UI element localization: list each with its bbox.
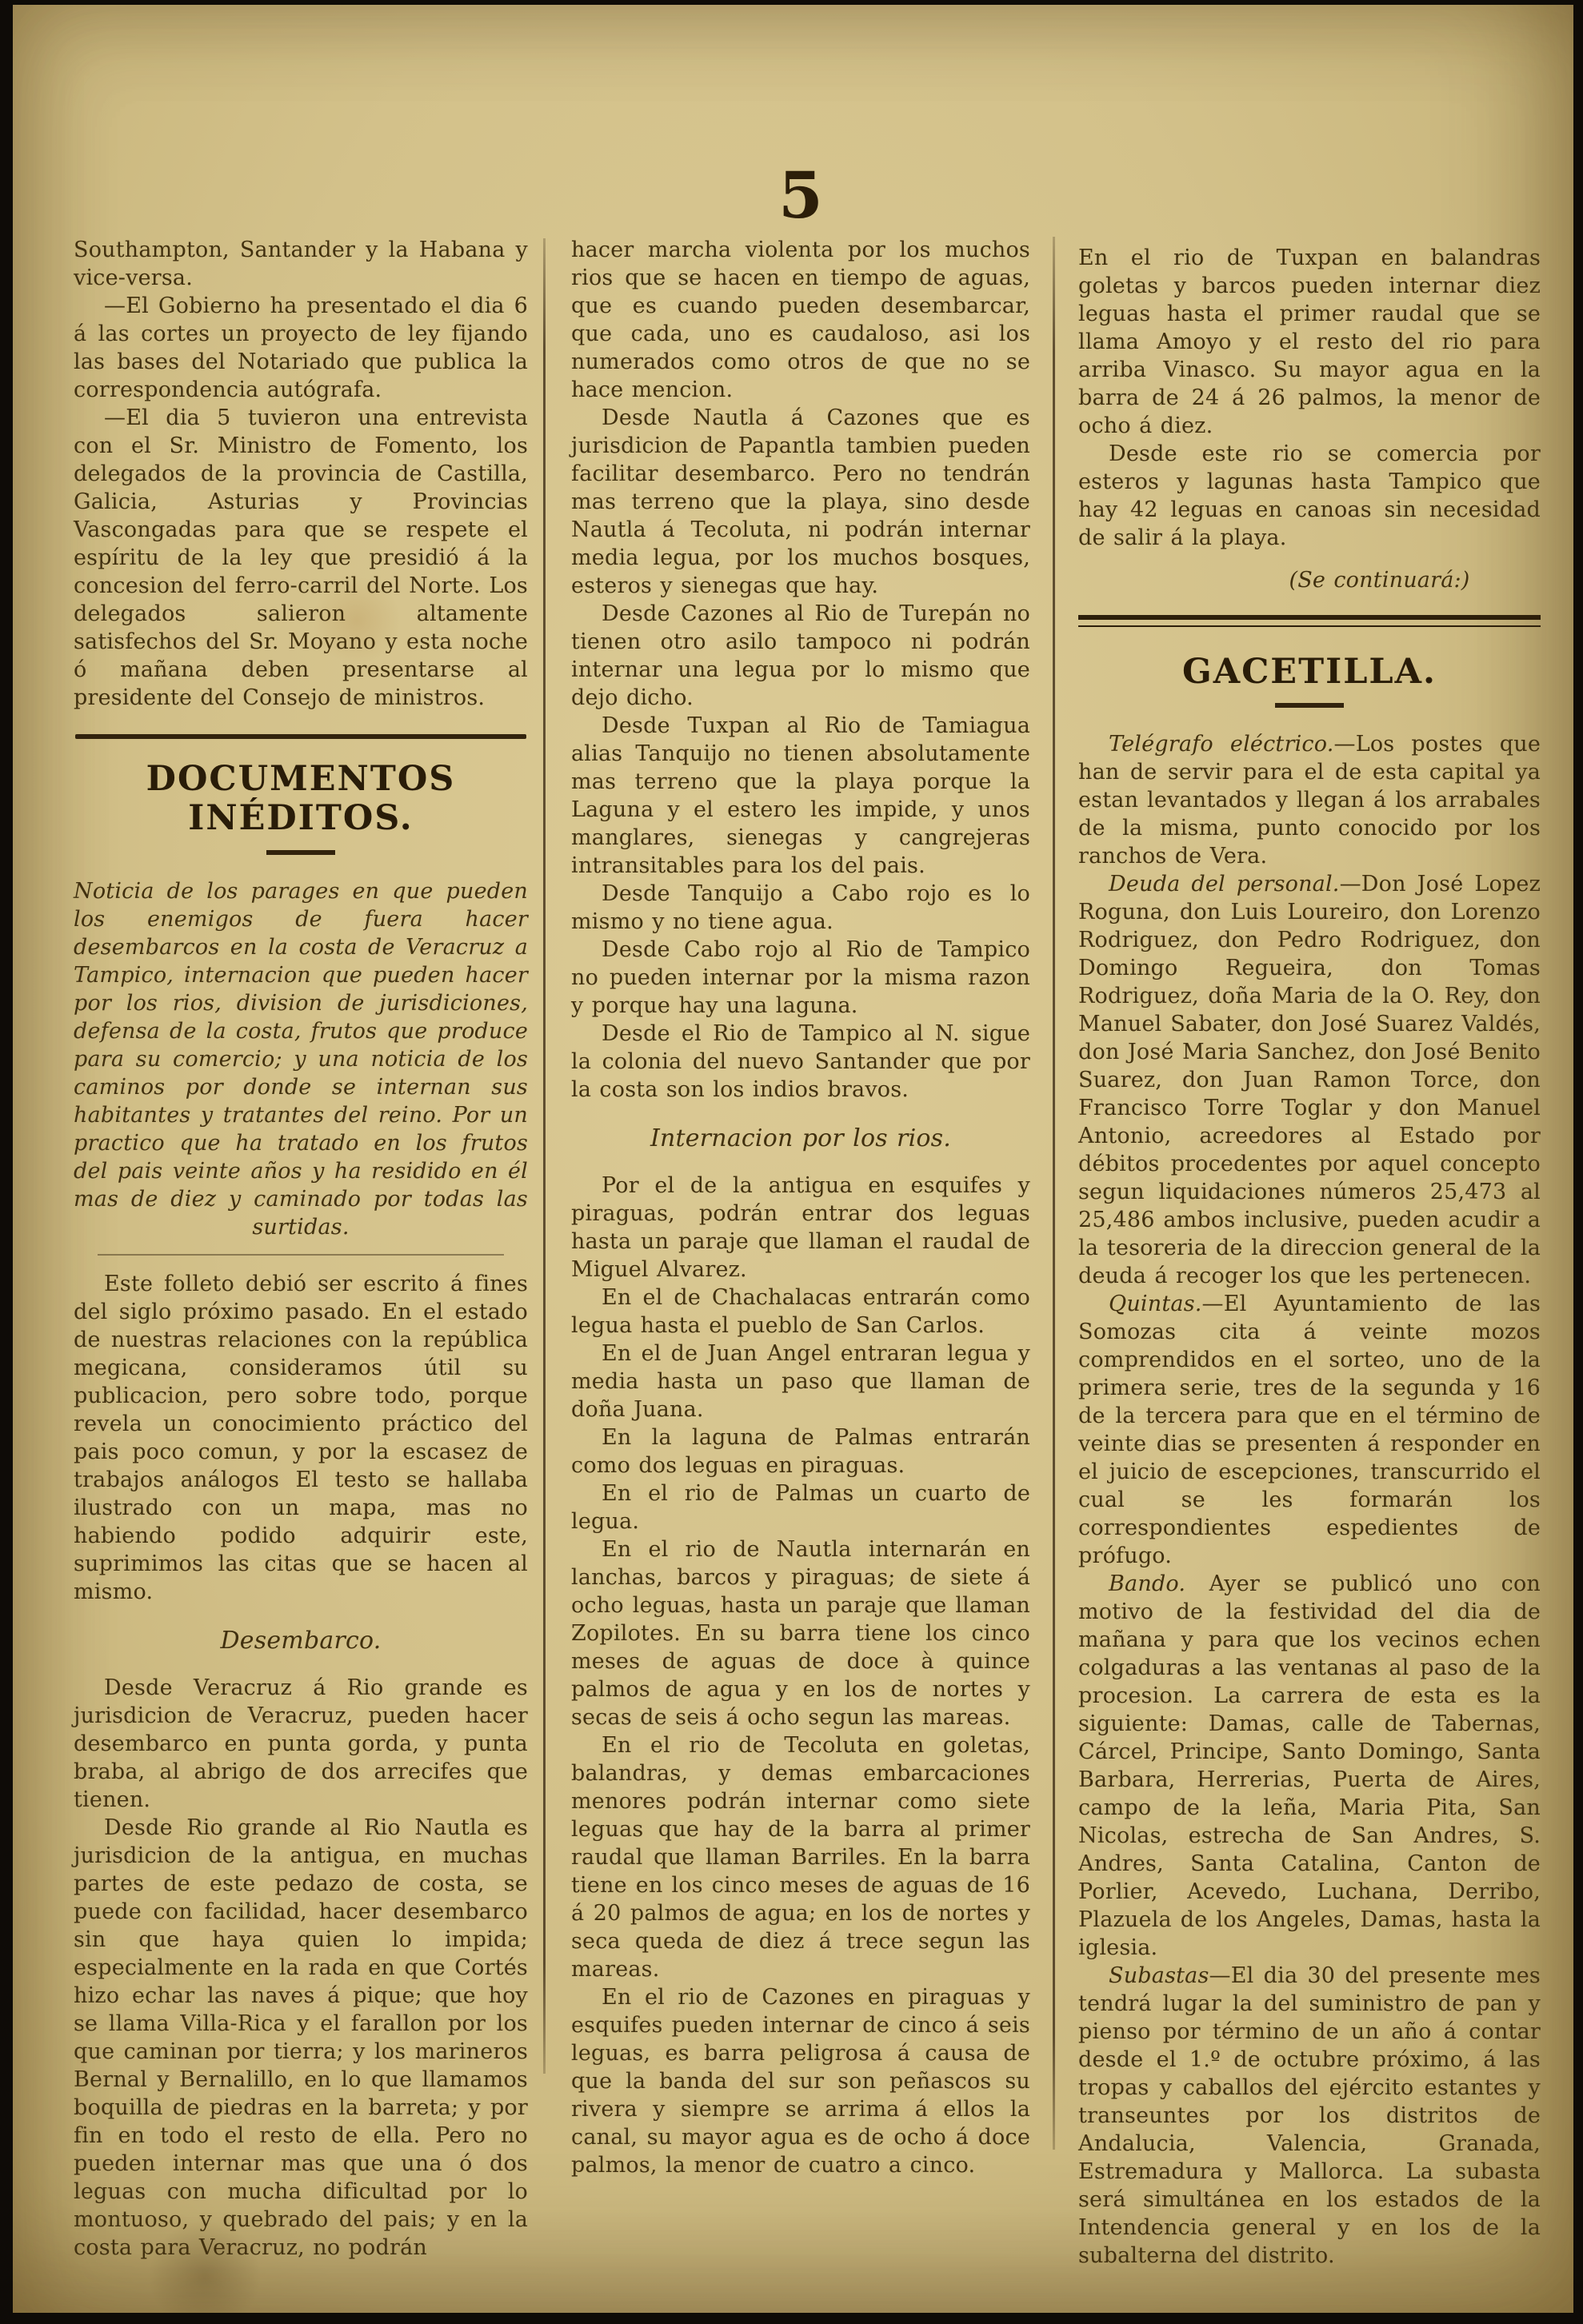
paragraph: Desde Veracruz á Rio grande es jurisdici… [74, 1674, 528, 1814]
divider-rule [1078, 615, 1541, 627]
heading-dash [266, 850, 335, 855]
paragraph-lead: Subastas [1109, 1963, 1209, 1988]
paragraph-text: —El Ayuntamiento de las Somozas cita á v… [1078, 1292, 1541, 1568]
paragraph: En el rio de Tecoluta en goletas, baland… [571, 1731, 1030, 1983]
page-number: 5 [571, 163, 1074, 227]
newspaper-page: 5 Southampton, Santander y la Habana y v… [13, 5, 1573, 2313]
column-divider-left [543, 238, 546, 2074]
column-center: hacer marcha violenta por los muchos rio… [571, 236, 1030, 2179]
paragraph: Quintas.—El Ayuntamiento de las Somozas … [1078, 1290, 1541, 1570]
paragraph: En el rio de Cazones en piraguas y esqui… [571, 1983, 1030, 2179]
paragraph: Southampton, Santander y la Habana y vic… [74, 236, 528, 292]
paragraph: Deuda del personal.—Don José Lopez Rogun… [1078, 870, 1541, 1290]
paragraph: En el rio de Tuxpan en balandras goletas… [1078, 244, 1541, 440]
paragraph-lead: Bando. [1109, 1571, 1185, 1596]
paragraph: En el de Juan Angel entraran legua y med… [571, 1340, 1030, 1424]
newspaper-scan: { "page": { "number": "5" }, "colors": {… [0, 0, 1583, 2324]
paragraph: —El dia 5 tuvieron una entrevista con el… [74, 404, 528, 712]
paragraph: Desde Tuxpan al Rio de Tamiagua alias Ta… [571, 712, 1030, 880]
paragraph-text: —Don José Lopez Roguna, don Luis Loureir… [1078, 872, 1541, 1288]
paragraph: Telégrafo eléctrico.—Los postes que han … [1078, 730, 1541, 870]
paragraph-text: —El dia 30 del presente mes tendrá lugar… [1078, 1963, 1541, 2268]
paragraph: Desde Tanquijo a Cabo rojo es lo mismo y… [571, 880, 1030, 936]
paragraph: En la laguna de Palmas entrarán como dos… [571, 1424, 1030, 1479]
paragraph: hacer marcha violenta por los muchos rio… [571, 236, 1030, 404]
paragraph: Desde Nautla á Cazones que es jurisdicio… [571, 404, 1030, 600]
paragraph: Bando. Ayer se publicó uno con motivo de… [1078, 1570, 1541, 1962]
paragraph-lead: Telégrafo eléctrico. [1109, 732, 1334, 757]
internacion-subhead: Internacion por los rios. [571, 1124, 1030, 1152]
divider-rule [75, 734, 526, 739]
paragraph: Desde Cazones al Rio de Turepán no tiene… [571, 600, 1030, 712]
gacetilla-title: GACETILLA. [1078, 653, 1541, 692]
documentos-ineditos-title: DOCUMENTOS INÉDITOS. [74, 760, 528, 839]
paragraph: Subastas—El dia 30 del presente mes tend… [1078, 1962, 1541, 2270]
paragraph: Noticia de los parages en que pueden los… [74, 877, 528, 1241]
paragraph: En el rio de Nautla internarán en lancha… [571, 1535, 1030, 1731]
paragraph: Desde el Rio de Tampico al N. sigue la c… [571, 1020, 1030, 1104]
paragraph-text: Ayer se publicó uno con motivo de la fes… [1078, 1571, 1541, 1960]
divider-rule [98, 1254, 504, 1256]
paragraph: Por el de la antigua en esquifes y pirag… [571, 1172, 1030, 1284]
column-divider-right [1053, 237, 1055, 2150]
paragraph: En el rio de Palmas un cuarto de legua. [571, 1479, 1030, 1535]
heading-dash [1275, 703, 1344, 708]
paragraph: Desde Cabo rojo al Rio de Tampico no pue… [571, 936, 1030, 1020]
paragraph: En el de Chachalacas entrarán como legua… [571, 1284, 1030, 1340]
column-right: En el rio de Tuxpan en balandras goletas… [1078, 244, 1541, 2270]
paragraph: Este folleto debió ser escrito á fines d… [74, 1270, 528, 1606]
column-left: Southampton, Santander y la Habana y vic… [74, 236, 528, 2262]
paragraph: Desde este rio se comercia por esteros y… [1078, 440, 1541, 552]
paragraph-lead: Quintas. [1109, 1292, 1202, 1316]
se-continuara-note: (Se continuará:) [1078, 566, 1541, 594]
paragraph-lead: Deuda del personal. [1109, 872, 1340, 896]
paragraph: —El Gobierno ha presentado el dia 6 á la… [74, 292, 528, 404]
paragraph: Desde Rio grande al Rio Nautla es jurisd… [74, 1814, 528, 2262]
desembarco-subhead: Desembarco. [74, 1627, 528, 1655]
